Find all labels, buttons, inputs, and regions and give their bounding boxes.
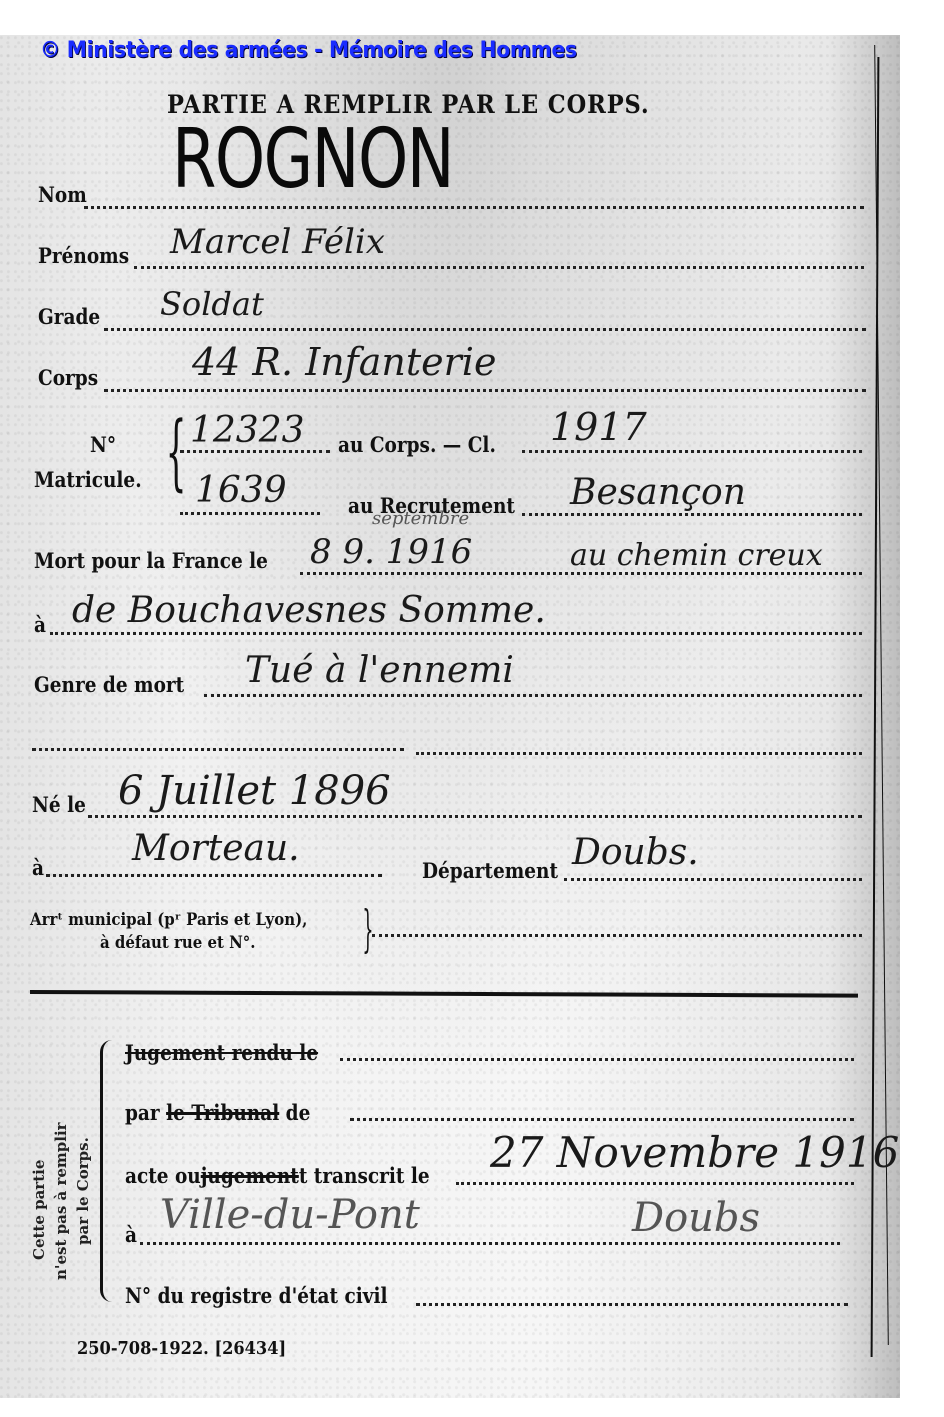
matricule-corps-label: au Corps. — Cl. (338, 432, 496, 457)
transcription-a-value: Ville-du-Pont (160, 1192, 420, 1238)
matricule-recrutement-number: 1639 (195, 470, 287, 511)
tribunal-label: par le Tribunal de (125, 1100, 310, 1125)
arrondissement-brace: } (362, 904, 373, 954)
mort-place: de Bouchavesnes Somme. (72, 590, 546, 631)
side-note-line3: par le Corps. (74, 1137, 92, 1245)
mort-date-annotation: septembre (372, 508, 469, 529)
transcription-a-dept: Doubs (632, 1195, 760, 1241)
matricule-no-label: N° (90, 432, 116, 457)
departement-label: Département (422, 858, 558, 883)
ne-le-dotted-line (88, 815, 862, 818)
nom-value: ROGNON (172, 112, 453, 207)
mort-place-detail: au chemin creux (570, 538, 823, 573)
genre-de-mort-label: Genre de mort (34, 672, 184, 697)
acte-dotted-line (456, 1182, 854, 1185)
mort-date: 8 9. 1916 (310, 532, 472, 572)
prenoms-value: Marcel Félix (170, 222, 385, 262)
transcription-a-dotted-line (140, 1242, 840, 1245)
prenoms-label: Prénoms (38, 243, 129, 268)
tribunal-suffix: de (286, 1100, 311, 1125)
recrutement-dotted-line (522, 513, 862, 516)
registre-label: N° du registre d'état civil (125, 1283, 388, 1308)
extra-dotted-line-right (416, 752, 862, 755)
classe-value: 1917 (550, 405, 647, 449)
departement-value: Doubs. (572, 832, 699, 873)
mort-place-dotted-line (50, 632, 862, 635)
ne-le-value: 6 Juillet 1896 (118, 768, 391, 814)
side-note: Cette partie n'est pas à remplir par le … (22, 1080, 112, 1280)
tribunal-dotted-line (350, 1118, 854, 1121)
lower-section-bracket (100, 1040, 113, 1302)
classe-dotted-line (522, 450, 862, 453)
matricule-label: Matricule. (34, 467, 142, 492)
grade-label: Grade (38, 304, 100, 329)
jugement-dotted-line (340, 1058, 854, 1061)
genre-de-mort-dotted-line (204, 694, 862, 697)
naissance-a-label: à (32, 855, 44, 880)
naissance-lieu-value: Morteau. (132, 828, 300, 869)
copyright-watermark: © Ministère des armées - Mémoire des Hom… (40, 38, 577, 63)
extra-dotted-line-left (32, 748, 404, 751)
arrondissement-dotted-line (372, 934, 862, 937)
acte-struck: jugement (201, 1163, 299, 1188)
acte-label: acte oujugementt transcrit le (125, 1163, 430, 1188)
side-note-line1: Cette partie (30, 1160, 48, 1260)
prenoms-dotted-line (134, 266, 864, 269)
transcription-a-label: à (125, 1222, 137, 1247)
naissance-lieu-dotted-line (46, 874, 382, 877)
matricule-corps-number: 12323 (190, 410, 305, 451)
grade-dotted-line (104, 328, 866, 331)
corps-label: Corps (38, 365, 98, 390)
corps-dotted-line (104, 389, 866, 392)
nom-label: Nom (38, 182, 87, 207)
matricule-brace: { (166, 412, 187, 494)
tribunal-struck: le Tribunal (166, 1100, 279, 1125)
acte-value: 27 Novembre 1916 (490, 1128, 899, 1177)
acte-suffix: t transcrit le (299, 1163, 430, 1188)
jugement-label-text: Jugement rendu le (125, 1040, 318, 1065)
tribunal-prefix: par (125, 1100, 160, 1125)
ne-le-label: Né le (32, 792, 86, 817)
document-page (0, 35, 900, 1398)
corps-value: 44 R. Infanterie (192, 340, 496, 384)
grade-value: Soldat (160, 285, 264, 323)
mort-label: Mort pour la France le (34, 548, 268, 573)
arrondissement-label-line2: à défaut rue et N°. (100, 933, 255, 953)
acte-prefix: acte ou (125, 1163, 201, 1188)
matricule-recrutement-dotted-line (180, 512, 320, 515)
departement-dotted-line (564, 878, 862, 881)
mort-a-label: à (34, 612, 46, 637)
arrondissement-label-line1: Arrᵗ municipal (pʳ Paris et Lyon), (30, 910, 307, 930)
recrutement-value: Besançon (570, 472, 746, 513)
jugement-label: Jugement rendu le (125, 1040, 318, 1065)
side-note-line2: n'est pas à remplir (52, 1122, 70, 1280)
footer-print-code: 250-708-1922. [26434] (77, 1338, 286, 1359)
genre-de-mort-value: Tué à l'ennemi (245, 650, 514, 691)
registre-dotted-line (416, 1303, 848, 1306)
